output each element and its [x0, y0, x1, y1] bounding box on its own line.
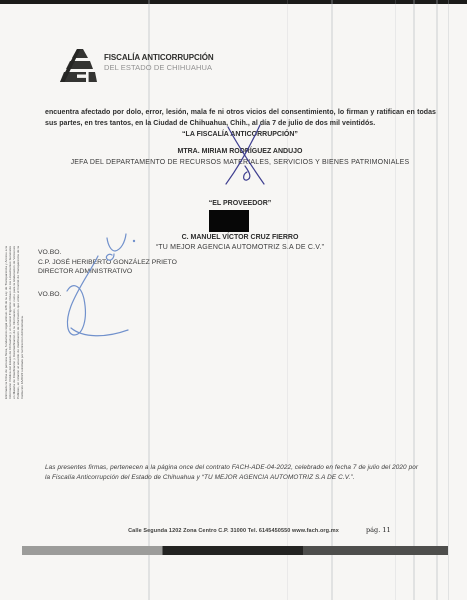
- vobo-block: VO.BO. C.P. JOSÉ HERIBERTO GONZÁLEZ PRIE…: [38, 248, 177, 277]
- margin-privacy-note: Eliminado la firma de persona física, fu…: [4, 246, 24, 399]
- scan-streak: [148, 0, 150, 600]
- fiscalia-signer-title: JEFA DEL DEPARTAMENTO DE RECURSOS MATERI…: [40, 159, 440, 166]
- vobo-label: VO.BO.: [38, 248, 177, 258]
- fiscalia-triangle-logo-icon: [57, 46, 97, 86]
- footer-bar: [22, 546, 448, 555]
- logo-title: FISCALÍA ANTICORRUPCIÓN: [104, 53, 214, 62]
- redaction-box: [209, 210, 249, 232]
- scanned-contract-page: FISCALÍA ANTICORRUPCIÓN DEL ESTADO DE CH…: [0, 0, 467, 600]
- scan-streak: [287, 0, 288, 600]
- vobo-label-2: VO.BO.: [38, 291, 61, 298]
- page-number: pág. 11: [366, 526, 391, 534]
- vobo-signer-name: C.P. JOSÉ HERIBERTO GONZÁLEZ PRIETO: [38, 258, 177, 268]
- closing-paragraph: Las presentes firmas, pertenecen a la pá…: [45, 463, 422, 484]
- logo-text: FISCALÍA ANTICORRUPCIÓN DEL ESTADO DE CH…: [104, 53, 214, 72]
- scan-streak: [413, 0, 415, 600]
- intro-paragraph: encuentra afectado por dolo, error, lesi…: [45, 107, 436, 129]
- scan-streak: [448, 0, 449, 600]
- footer-address: Calle Segunda 1202 Zona Centro C.P. 3100…: [0, 528, 467, 534]
- proveedor-signer-name: C. MANUEL VÍCTOR CRUZ FIERRO: [40, 234, 440, 241]
- scan-edge-bar: [0, 0, 467, 4]
- fiscalia-section-title: “LA FISCALÍA ANTICORRUPCIÓN”: [40, 131, 440, 138]
- logo-subtitle: DEL ESTADO DE CHIHUAHUA: [104, 63, 214, 72]
- fiscalia-signer-name: MTRA. MIRIAM RODRÍGUEZ ANDUJO: [40, 148, 440, 155]
- vobo-signer-title: DIRECTOR ADMINISTRATIVO: [38, 267, 177, 277]
- scan-streak: [395, 0, 396, 600]
- scan-streak: [331, 0, 333, 600]
- scan-streak: [436, 0, 438, 600]
- proveedor-section-title: “EL PROVEEDOR”: [40, 200, 440, 207]
- fiscalia-logo: FISCALÍA ANTICORRUPCIÓN DEL ESTADO DE CH…: [57, 46, 214, 86]
